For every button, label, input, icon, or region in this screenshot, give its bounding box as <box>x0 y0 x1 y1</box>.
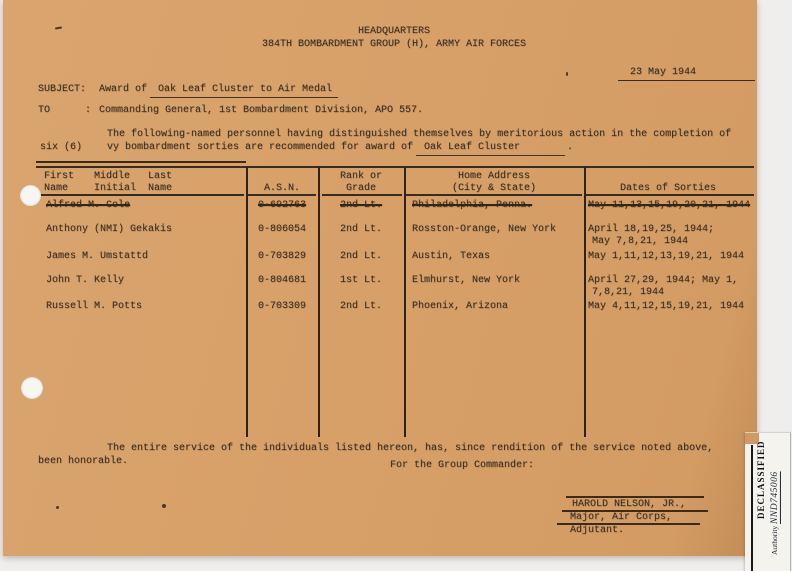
row5-name: Russell M. Potts <box>46 301 142 313</box>
row2-name: Anthony (NMI) Gekakis <box>46 224 172 236</box>
header-first: First <box>44 171 74 183</box>
header-rank1: Rank or <box>340 171 382 183</box>
table-divider-2 <box>318 167 320 437</box>
row4-name: John T. Kelly <box>46 275 124 287</box>
row2-dates-line1: April 18,19,25, 1944; <box>588 224 714 236</box>
row3-address: Austin, Texas <box>412 251 490 263</box>
closing-line2: been honorable. <box>38 456 128 468</box>
row3-rank: 2nd Lt. <box>340 251 382 263</box>
header-underline-1 <box>38 194 244 196</box>
subject-prefix: Award of <box>99 84 147 96</box>
signature-role: Adjutant. <box>570 525 624 537</box>
row1-name: Alfred M. Cole <box>46 200 130 212</box>
row1-asn: 0-692763 <box>258 200 306 212</box>
row5-address: Phoenix, Arizona <box>412 301 508 313</box>
row1-dates: May 11,13,15,19,20,21, 1944 <box>588 200 750 212</box>
row3-name: James M. Umstattd <box>46 251 148 263</box>
row5-rank: 2nd Lt. <box>340 301 382 313</box>
row5-dates-line1: May 4,11,12,15,19,21, 1944 <box>588 301 744 313</box>
table-divider-1 <box>246 167 248 437</box>
declassified-stamp-text: DECLASSIFIED <box>756 441 766 519</box>
punch-hole-top <box>20 185 41 206</box>
row4-dates-line1: April 27,29, 1944; May 1, <box>588 275 738 287</box>
row2-asn: 0-806054 <box>258 224 306 236</box>
scanned-memo-page: HEADQUARTERS 384TH BOMBARDMENT GROUP (H)… <box>0 0 792 571</box>
table-divider-4 <box>584 167 586 437</box>
stamp-box-border <box>751 445 753 571</box>
paper-speck <box>162 504 166 508</box>
row5-asn: 0-703309 <box>258 301 306 313</box>
paper-speck <box>56 506 59 509</box>
row1-address: Philadelphia, Penna. <box>412 200 532 212</box>
memo-date: 23 May 1944 <box>630 67 696 79</box>
declassified-authority: Authority NND745006 <box>770 449 780 555</box>
signature-top-rule <box>566 496 704 498</box>
table-top-rule <box>36 166 754 168</box>
row2-rank: 2nd Lt. <box>340 224 382 236</box>
date-underline <box>618 80 755 82</box>
paragraph-line2-body: vy bombardment sorties are recommended f… <box>107 142 413 154</box>
row2-address: Rosston-Orange, New York <box>412 224 556 236</box>
memo-headquarters: HEADQUARTERS <box>3 26 771 38</box>
header-middle: Middle <box>94 171 130 183</box>
authority-number: NND745006 <box>770 471 780 524</box>
row1-rank: 2nd Lt. <box>340 200 382 212</box>
declassified-slip: DECLASSIFIED Authority NND745006 <box>745 432 791 571</box>
row3-dates-line1: May 1,11,12,13,19,21, 1944 <box>588 251 744 263</box>
paragraph-award-name: Oak Leaf Cluster <box>416 142 565 156</box>
closing-line1: The entire service of the individuals li… <box>107 443 713 455</box>
to-label: TO <box>38 105 50 117</box>
to-value: Commanding General, 1st Bombardment Divi… <box>99 105 423 117</box>
row3-asn: 0-703829 <box>258 251 306 263</box>
header-underline-2 <box>248 194 316 196</box>
paragraph-period: . <box>567 142 573 154</box>
paragraph-line2-lead: six (6) <box>40 142 82 154</box>
row4-address: Elmhurst, New York <box>412 275 520 287</box>
to-separator: : <box>85 105 91 117</box>
table-top-rule-upper <box>36 161 246 163</box>
for-group-commander: For the Group Commander: <box>390 460 534 472</box>
memo-unit: 384TH BOMBARDMENT GROUP (H), ARMY AIR FO… <box>3 39 771 51</box>
header-underline-4 <box>406 194 582 196</box>
authority-label: Authority <box>770 526 779 555</box>
punch-hole-bottom <box>21 377 43 399</box>
paragraph-line1: The following-named personnel having dis… <box>107 129 731 141</box>
header-last: Last <box>148 171 172 183</box>
row2-dates-line2: May 7,8,21, 1944 <box>592 236 688 248</box>
subject-text: Oak Leaf Cluster to Air Medal <box>150 84 338 98</box>
header-home1: Home Address <box>458 171 530 183</box>
table-divider-3 <box>404 167 406 437</box>
paper-speck <box>566 72 568 76</box>
row4-rank: 1st Lt. <box>340 275 382 287</box>
row4-asn: 0-804681 <box>258 275 306 287</box>
row4-dates-line2: 7,8,21, 1944 <box>592 287 664 299</box>
subject-label: SUBJECT: <box>38 84 86 96</box>
header-underline-5 <box>586 194 754 196</box>
header-underline-3 <box>322 194 402 196</box>
